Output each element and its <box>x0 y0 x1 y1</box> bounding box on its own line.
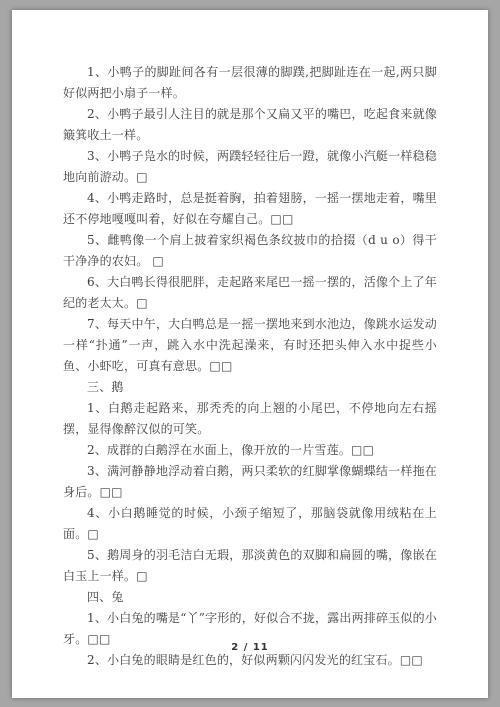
paragraph: 1、小鸭子的脚趾间各有一层很薄的脚蹼,把脚趾连在一起,两只脚好似两把小扇子一样。 <box>63 62 437 104</box>
paragraph: 三、鹅 <box>63 377 437 398</box>
paragraph: 2、小白兔的眼睛是红色的，好似两颗闪闪发光的红宝石。□□ <box>63 650 437 671</box>
paragraph: 4、小白鹅睡觉的时候，小颈子缩短了，那脑袋就像用绒粘在上面。□ <box>63 503 437 545</box>
paragraph: 6、大白鸭长得很肥胖，走起路来尾巴一摇一摆的，活像个上了年纪的老太太。□ <box>63 272 437 314</box>
paragraph: 1、白鹅走起路来，那秃秃的向上翘的小尾巴，不停地向左右摇摆，显得像醉汉似的可笑。 <box>63 398 437 440</box>
paragraph: 7、每天中午，大白鸭总是一摇一摆地来到水池边，像跳水运发动一样“扑通”一声，跳入… <box>63 314 437 377</box>
paragraph: 5、鹅周身的羽毛洁白无瑕，那淡黄色的双脚和扁圆的嘴，像嵌在白玉上一样。□ <box>63 545 437 587</box>
paragraph: 5、雌鸭像一个肩上披着家织褐色条纹披巾的拾掇（d u o）得干干净净的农妇。 □ <box>63 230 437 272</box>
document-page: 1、小鸭子的脚趾间各有一层很薄的脚蹼,把脚趾连在一起,两只脚好似两把小扇子一样。… <box>12 10 488 698</box>
paragraph: 4、小鸭走路时，总是挺着胸，拍着翅膀，一摇一摆地走着，嘴里还不停地嘎嘎叫着，好似… <box>63 188 437 230</box>
paragraph: 3、小鸭子凫水的时候，两蹼轻轻往后一蹬，就像小汽艇一样稳稳地向前游动。□ <box>63 146 437 188</box>
document-viewer: 1、小鸭子的脚趾间各有一层很薄的脚蹼,把脚趾连在一起,两只脚好似两把小扇子一样。… <box>0 0 500 707</box>
page-number: 2 / 11 <box>12 642 488 653</box>
document-content: 1、小鸭子的脚趾间各有一层很薄的脚蹼,把脚趾连在一起,两只脚好似两把小扇子一样。… <box>63 62 437 671</box>
paragraph: 2、小鸭子最引人注目的就是那个又扁又平的嘴巴，吃起食来就像簸箕收土一样。 <box>63 104 437 146</box>
paragraph: 3、满河静静地浮动着白鹅，两只柔软的红脚掌像蝴蝶结一样拖在身后。□□ <box>63 461 437 503</box>
paragraph: 2、成群的白鹅浮在水面上，像开放的一片雪莲。□□ <box>63 440 437 461</box>
paragraph: 四、兔 <box>63 587 437 608</box>
